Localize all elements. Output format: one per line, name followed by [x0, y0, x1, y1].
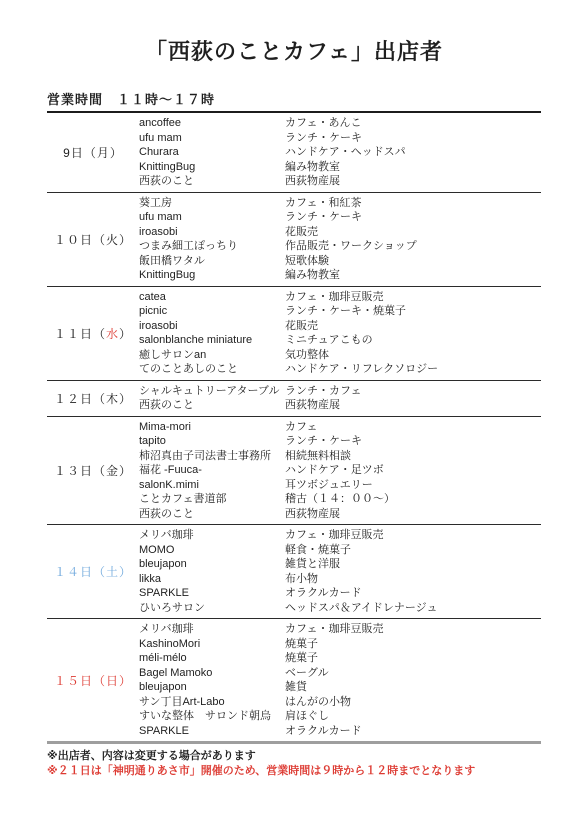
vendor-offering: ヘッドスパ＆アイドレナージュ [285, 601, 541, 616]
schedule-day-section: １１日（水）cateaカフェ・珈琲豆販売picnicランチ・ケーキ・焼菓子iro… [47, 287, 541, 381]
vendor-offering: 気功整体 [285, 348, 541, 363]
vendor-name: 飯田橋ワタル [139, 254, 285, 269]
table-row: Churaraハンドケア・ヘッドスパ [139, 145, 541, 160]
vendor-offering: 花販売 [285, 225, 541, 240]
date-cell: １５日（日） [47, 622, 139, 738]
vendor-offering: ランチ・ケーキ・焼菓子 [285, 304, 541, 319]
vendor-name: Churara [139, 145, 285, 160]
table-row: 西荻のこと西荻物産展 [139, 507, 541, 522]
vendor-name: Mima-mori [139, 420, 285, 435]
vendor-rows: cateaカフェ・珈琲豆販売picnicランチ・ケーキ・焼菓子iroasobi花… [139, 290, 541, 377]
footnote: ※２１日は「神明通りあさ市」開催のため、営業時間は９時から１２時までとなります [47, 764, 567, 779]
date-text: １１日（ [54, 325, 106, 342]
table-row: メリバ珈琲カフェ・珈琲豆販売 [139, 528, 541, 543]
vendor-name: すいな整体 サロンド朝烏 [139, 709, 285, 724]
vendor-offering: ランチ・カフェ [285, 384, 541, 399]
vendor-offering: カフェ・あんこ [285, 116, 541, 131]
schedule-table: 9日（月）ancoffeeカフェ・あんこufu mamランチ・ケーキChurar… [47, 113, 541, 744]
table-row: 西荻のこと西荻物産展 [139, 174, 541, 189]
table-row: ひいろサロンヘッドスパ＆アイドレナージュ [139, 601, 541, 616]
table-row: ことカフェ書道部稽古（１４：００～） [139, 492, 541, 507]
vendor-offering: カフェ [285, 420, 541, 435]
vendor-name: ancoffee [139, 116, 285, 131]
vendor-offering: 軽食・焼菓子 [285, 543, 541, 558]
vendor-name: 西荻のこと [139, 507, 285, 522]
table-row: KnittingBug編み物教室 [139, 160, 541, 175]
vendor-offering: カフェ・珈琲豆販売 [285, 290, 541, 305]
footnotes: ※出店者、内容は変更する場合があります※２１日は「神明通りあさ市」開催のため、営… [47, 749, 567, 779]
vendor-name: メリバ珈琲 [139, 622, 285, 637]
vendor-offering: 焼菓子 [285, 651, 541, 666]
vendor-rows: メリバ珈琲カフェ・珈琲豆販売MOMO軽食・焼菓子bleujapon雑貨と洋服li… [139, 528, 541, 615]
vendor-name: salonblanche miniature [139, 333, 285, 348]
vendor-name: tapito [139, 434, 285, 449]
vendor-offering: 耳ツボジュエリー [285, 478, 541, 493]
footnote: ※出店者、内容は変更する場合があります [47, 749, 567, 764]
vendor-offering: 西荻物産展 [285, 507, 541, 522]
date-text: 9日（月） [63, 144, 123, 161]
table-row: すいな整体 サロンド朝烏肩ほぐし [139, 709, 541, 724]
table-row: サン丁目Art-Laboはんがの小物 [139, 695, 541, 710]
vendor-offering: 編み物教室 [285, 160, 541, 175]
date-text: ） [119, 325, 132, 342]
vendor-name: ことカフェ書道部 [139, 492, 285, 507]
vendor-name: てのことあしのこと [139, 362, 285, 377]
table-row: tapitoランチ・ケーキ [139, 434, 541, 449]
vendor-offering: 編み物教室 [285, 268, 541, 283]
table-row: 柿沼真由子司法書士事務所相続無料相談 [139, 449, 541, 464]
vendor-name: catea [139, 290, 285, 305]
vendor-rows: Mima-moriカフェtapitoランチ・ケーキ柿沼真由子司法書士事務所相続無… [139, 420, 541, 522]
vendor-offering: カフェ・和紅茶 [285, 196, 541, 211]
schedule-flyer: 「西荻のことカフェ」出店者 営業時間 １１時～１７時 9日（月）ancoffee… [0, 0, 588, 831]
date-text: １５日（日） [54, 672, 132, 689]
table-row: 葵工房カフェ・和紅茶 [139, 196, 541, 211]
table-row: 福花 -Fuuca-ハンドケア・足ツボ [139, 463, 541, 478]
vendor-offering: カフェ・珈琲豆販売 [285, 622, 541, 637]
table-row: 癒しサロンan気功整体 [139, 348, 541, 363]
vendor-name: Bagel Mamoko [139, 666, 285, 681]
vendor-offering: ランチ・ケーキ [285, 131, 541, 146]
table-row: bleujapon雑貨と洋服 [139, 557, 541, 572]
vendor-name: bleujapon [139, 557, 285, 572]
vendor-offering: ミニチュアこもの [285, 333, 541, 348]
date-cell: 9日（月） [47, 116, 139, 189]
date-text: １３日（金） [54, 462, 132, 479]
date-text: １４日（土） [54, 563, 132, 580]
table-row: iroasobi花販売 [139, 225, 541, 240]
vendor-offering: 雑貨と洋服 [285, 557, 541, 572]
table-row: cateaカフェ・珈琲豆販売 [139, 290, 541, 305]
date-text: １０日（火） [54, 231, 132, 248]
table-row: MOMO軽食・焼菓子 [139, 543, 541, 558]
vendor-name: KnittingBug [139, 268, 285, 283]
business-hours: 営業時間 １１時～１７時 [47, 92, 541, 113]
schedule-day-section: 9日（月）ancoffeeカフェ・あんこufu mamランチ・ケーキChurar… [47, 113, 541, 193]
date-cell: １０日（火） [47, 196, 139, 283]
vendor-name: 葵工房 [139, 196, 285, 211]
vendor-name: KnittingBug [139, 160, 285, 175]
schedule-day-section: １３日（金）Mima-moriカフェtapitoランチ・ケーキ柿沼真由子司法書士… [47, 417, 541, 526]
vendor-name: iroasobi [139, 225, 285, 240]
vendor-offering: 雑貨 [285, 680, 541, 695]
vendor-offering: 布小物 [285, 572, 541, 587]
schedule-day-section: １０日（火）葵工房カフェ・和紅茶ufu mamランチ・ケーキiroasobi花販… [47, 193, 541, 287]
vendor-name: ufu mam [139, 131, 285, 146]
date-text: １２日（木） [54, 390, 132, 407]
vendor-name: ひいろサロン [139, 601, 285, 616]
vendor-name: picnic [139, 304, 285, 319]
vendor-name: MOMO [139, 543, 285, 558]
vendor-offering: ハンドケア・リフレクソロジー [285, 362, 541, 377]
vendor-name: サン丁目Art-Labo [139, 695, 285, 710]
table-row: 西荻のこと西荻物産展 [139, 398, 541, 413]
vendor-offering: 作品販売・ワークショップ [285, 239, 541, 254]
vendor-name: つまみ細工ぽっちり [139, 239, 285, 254]
vendor-name: 癒しサロンan [139, 348, 285, 363]
vendor-offering: 短歌体験 [285, 254, 541, 269]
date-text: 水 [106, 325, 119, 342]
vendor-name: ufu mam [139, 210, 285, 225]
vendor-offering: ハンドケア・足ツボ [285, 463, 541, 478]
vendor-name: likka [139, 572, 285, 587]
table-row: ancoffeeカフェ・あんこ [139, 116, 541, 131]
vendor-name: メリバ珈琲 [139, 528, 285, 543]
date-cell: １２日（木） [47, 384, 139, 413]
vendor-offering: オラクルカード [285, 724, 541, 739]
vendor-name: 西荻のこと [139, 398, 285, 413]
vendor-offering: 西荻物産展 [285, 398, 541, 413]
page-title: 「西荻のことカフェ」出店者 [0, 38, 588, 66]
table-row: ufu mamランチ・ケーキ [139, 210, 541, 225]
vendor-name: méli-mélo [139, 651, 285, 666]
date-cell: １３日（金） [47, 420, 139, 522]
table-row: méli-mélo焼菓子 [139, 651, 541, 666]
schedule-day-section: １２日（木）シャルキュトリーアターブルランチ・カフェ西荻のこと西荻物産展 [47, 381, 541, 417]
table-row: salonblanche miniatureミニチュアこもの [139, 333, 541, 348]
vendor-name: SPARKLE [139, 586, 285, 601]
table-row: てのことあしのことハンドケア・リフレクソロジー [139, 362, 541, 377]
vendor-offering: 焼菓子 [285, 637, 541, 652]
vendor-name: iroasobi [139, 319, 285, 334]
vendor-offering: 稽古（１４：００～） [285, 492, 541, 507]
vendor-rows: シャルキュトリーアターブルランチ・カフェ西荻のこと西荻物産展 [139, 384, 541, 413]
vendor-name: SPARKLE [139, 724, 285, 739]
vendor-offering: オラクルカード [285, 586, 541, 601]
table-row: メリバ珈琲カフェ・珈琲豆販売 [139, 622, 541, 637]
vendor-offering: 西荻物産展 [285, 174, 541, 189]
vendor-name: 福花 -Fuuca- [139, 463, 285, 478]
vendor-name: bleujapon [139, 680, 285, 695]
date-cell: １４日（土） [47, 528, 139, 615]
vendor-name: salonK.mimi [139, 478, 285, 493]
vendor-offering: 肩ほぐし [285, 709, 541, 724]
vendor-offering: カフェ・珈琲豆販売 [285, 528, 541, 543]
table-row: picnicランチ・ケーキ・焼菓子 [139, 304, 541, 319]
vendor-offering: ランチ・ケーキ [285, 434, 541, 449]
date-cell: １１日（水） [47, 290, 139, 377]
table-row: KashinoMori焼菓子 [139, 637, 541, 652]
vendor-offering: ベーグル [285, 666, 541, 681]
vendor-offering: 花販売 [285, 319, 541, 334]
table-row: Mima-moriカフェ [139, 420, 541, 435]
table-row: シャルキュトリーアターブルランチ・カフェ [139, 384, 541, 399]
vendor-rows: ancoffeeカフェ・あんこufu mamランチ・ケーキChuraraハンドケ… [139, 116, 541, 189]
schedule-day-section: １５日（日）メリバ珈琲カフェ・珈琲豆販売KashinoMori焼菓子méli-m… [47, 619, 541, 744]
vendor-offering: 相続無料相談 [285, 449, 541, 464]
vendor-name: 柿沼真由子司法書士事務所 [139, 449, 285, 464]
vendor-offering: ランチ・ケーキ [285, 210, 541, 225]
table-row: likka布小物 [139, 572, 541, 587]
table-row: 飯田橋ワタル短歌体験 [139, 254, 541, 269]
vendor-offering: はんがの小物 [285, 695, 541, 710]
vendor-offering: ハンドケア・ヘッドスパ [285, 145, 541, 160]
schedule-day-section: １４日（土）メリバ珈琲カフェ・珈琲豆販売MOMO軽食・焼菓子bleujapon雑… [47, 525, 541, 619]
table-row: KnittingBug編み物教室 [139, 268, 541, 283]
vendor-rows: 葵工房カフェ・和紅茶ufu mamランチ・ケーキiroasobi花販売つまみ細工… [139, 196, 541, 283]
table-row: bleujapon雑貨 [139, 680, 541, 695]
table-row: SPARKLEオラクルカード [139, 724, 541, 739]
table-row: ufu mamランチ・ケーキ [139, 131, 541, 146]
table-row: salonK.mimi耳ツボジュエリー [139, 478, 541, 493]
table-row: SPARKLEオラクルカード [139, 586, 541, 601]
vendor-name: KashinoMori [139, 637, 285, 652]
table-row: つまみ細工ぽっちり作品販売・ワークショップ [139, 239, 541, 254]
vendor-rows: メリバ珈琲カフェ・珈琲豆販売KashinoMori焼菓子méli-mélo焼菓子… [139, 622, 541, 738]
table-row: iroasobi花販売 [139, 319, 541, 334]
vendor-name: シャルキュトリーアターブル [139, 384, 285, 399]
table-row: Bagel Mamokoベーグル [139, 666, 541, 681]
vendor-name: 西荻のこと [139, 174, 285, 189]
